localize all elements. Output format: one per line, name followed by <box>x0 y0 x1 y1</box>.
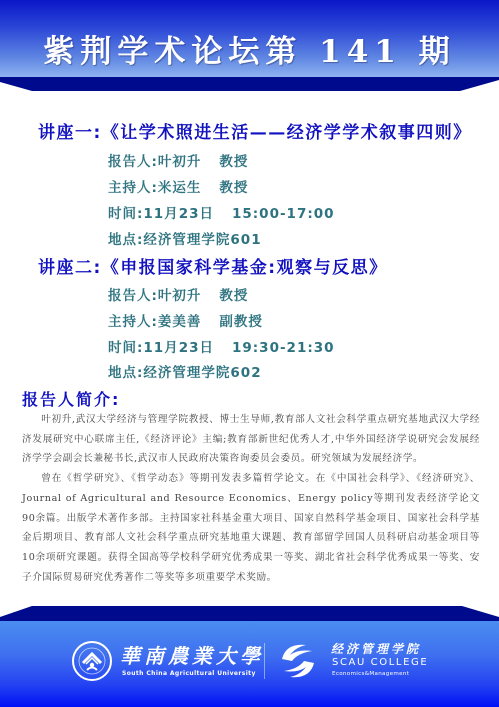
college-swirl-icon <box>276 639 320 683</box>
lecture-1-speaker: 报告人:叶初升教授 <box>108 150 248 170</box>
header-banner: 紫荆学术论坛第 141 期 <box>0 0 499 77</box>
speaker-title: 教授 <box>219 154 248 170</box>
speaker-label: 报告人: <box>108 288 158 304</box>
speaker-name: 叶初升 <box>158 154 202 170</box>
header-band-decoration <box>0 77 499 91</box>
page-title: 紫荆学术论坛第 141 期 <box>0 26 499 71</box>
bio-paragraph-2: 曾在《哲学研究》、《哲学动态》等期刊发表多篇哲学论文。在《中国社会科学》、《经济… <box>22 469 480 587</box>
location-label: 地点: <box>108 232 143 248</box>
lecture-2-host: 主持人:姜美善副教授 <box>108 310 263 330</box>
host-label: 主持人: <box>108 314 158 330</box>
bio-heading: 报告人简介: <box>22 387 120 410</box>
time-label: 时间: <box>108 340 143 356</box>
lecture-2-speaker: 报告人:叶初升教授 <box>108 284 248 304</box>
university-name-cn: 華南農業大學 <box>120 640 264 669</box>
date: 11月23日 <box>143 206 214 222</box>
bio-text: 叶初升,武汉大学经济与管理学院教授、博士生导师,教育部人文社会科学重点研究基地武… <box>22 410 480 587</box>
college-name-en: SCAU COLLEGE <box>332 657 428 668</box>
university-name-en: South China Agricultural University <box>122 670 256 677</box>
lecture-2-time: 时间:11月23日19:30-21:30 <box>108 336 335 356</box>
speaker-title: 教授 <box>219 288 248 304</box>
time-label: 时间: <box>108 206 143 222</box>
lecture-1-host: 主持人:米运生教授 <box>108 176 248 196</box>
college-name-cn: 经济管理学院 <box>331 640 421 657</box>
host-name: 米运生 <box>158 180 202 196</box>
host-label: 主持人: <box>108 180 158 196</box>
footer-banner: 華南農業大學 South China Agricultural Universi… <box>0 621 499 707</box>
college-logo: 经济管理学院 SCAU COLLEGE Economics&Management <box>276 637 436 685</box>
lecture-1-time: 时间:11月23日15:00-17:00 <box>108 202 335 222</box>
lecture-2-location: 地点:经济管理学院602 <box>108 361 262 381</box>
host-title: 教授 <box>219 180 248 196</box>
lecture-1-title: 讲座一:《让学术照进生活——经济学学术叙事四则》 <box>38 118 472 143</box>
college-subtitle-en: Economics&Management <box>332 671 409 677</box>
location: 经济管理学院601 <box>143 232 261 248</box>
location-label: 地点: <box>108 365 143 381</box>
scau-logo: 華南農業大學 South China Agricultural Universi… <box>72 639 258 683</box>
lecture-1-location: 地点:经济管理学院601 <box>108 228 262 248</box>
lecture-2-title: 讲座二:《申报国家科学基金:观察与反思》 <box>38 253 388 278</box>
speaker-label: 报告人: <box>108 154 158 170</box>
host-name: 姜美善 <box>158 314 202 330</box>
footer-band-decoration <box>0 605 499 621</box>
host-title: 副教授 <box>219 314 263 330</box>
date: 11月23日 <box>143 340 214 356</box>
bio-paragraph-1: 叶初升,武汉大学经济与管理学院教授、博士生导师,教育部人文社会科学重点研究基地武… <box>22 410 480 469</box>
time-range: 19:30-21:30 <box>232 340 335 356</box>
logo-divider <box>264 643 265 679</box>
scau-emblem-icon <box>72 641 112 681</box>
speaker-name: 叶初升 <box>158 288 202 304</box>
location: 经济管理学院602 <box>143 365 261 381</box>
time-range: 15:00-17:00 <box>232 206 335 222</box>
